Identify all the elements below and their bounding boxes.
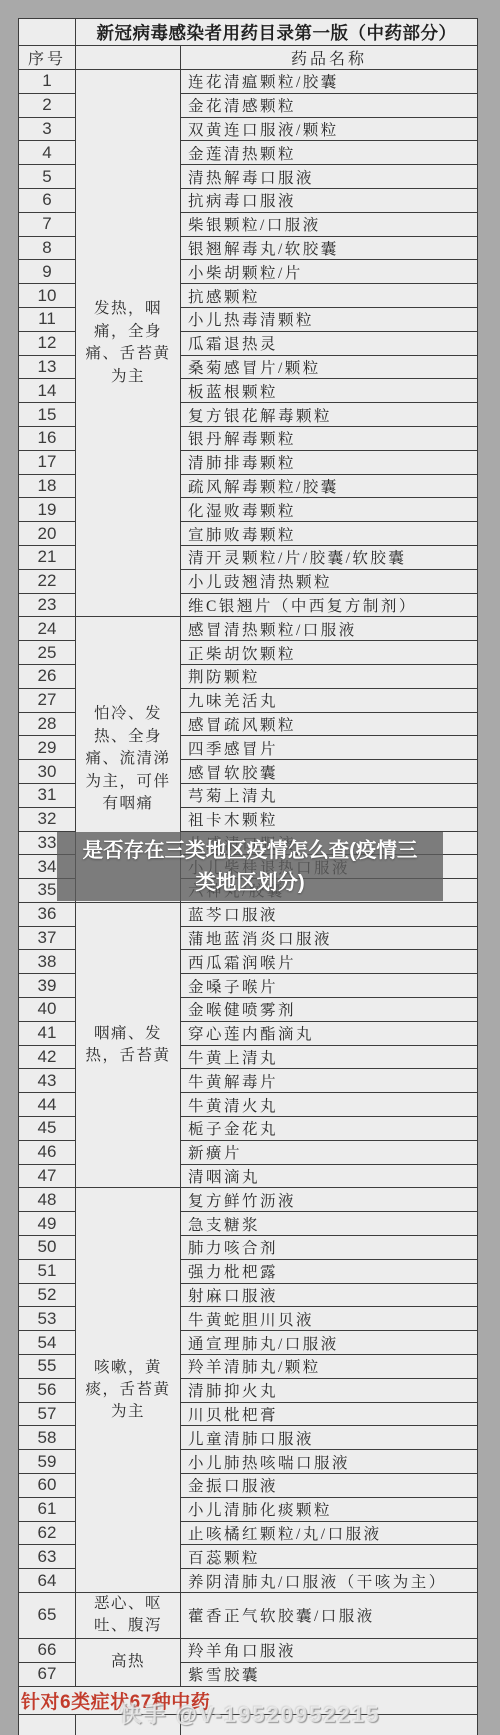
row-index: 41 <box>19 1021 76 1045</box>
drug-name-cell: 宣肺败毒颗粒 <box>181 522 478 546</box>
drug-name-cell: 双黄连口服液/颗粒 <box>181 117 478 141</box>
drug-name-cell: 桑菊感冒片/颗粒 <box>181 355 478 379</box>
drug-name-cell: 止咳橘红颗粒/丸/口服液 <box>181 1521 478 1545</box>
drug-name-cell: 羚羊清肺丸/颗粒 <box>181 1355 478 1379</box>
row-index: 51 <box>19 1259 76 1283</box>
row-index: 29 <box>19 736 76 760</box>
row-index: 5 <box>19 165 76 189</box>
drug-name-cell: 感冒清热颗粒/口服液 <box>181 617 478 641</box>
drug-name-cell: 急支糖浆 <box>181 1212 478 1236</box>
row-index: 55 <box>19 1355 76 1379</box>
drug-name-cell: 牛黄解毒片 <box>181 1069 478 1093</box>
table-row: 48咳嗽，黄痰，舌苔黄为主复方鲜竹沥液 <box>19 1188 478 1212</box>
row-index: 44 <box>19 1093 76 1117</box>
row-index: 21 <box>19 545 76 569</box>
table-title: 新冠病毒感染者用药目录第一版（中药部分） <box>76 19 478 46</box>
row-index: 7 <box>19 212 76 236</box>
column-header-category <box>76 46 181 70</box>
row-index: 38 <box>19 950 76 974</box>
drug-name-cell: 清热解毒口服液 <box>181 165 478 189</box>
drug-name-cell: 金喉健喷雾剂 <box>181 998 478 1022</box>
drug-name-cell: 射麻口服液 <box>181 1283 478 1307</box>
row-index: 22 <box>19 569 76 593</box>
row-index: 4 <box>19 141 76 165</box>
row-index: 54 <box>19 1331 76 1355</box>
row-index: 24 <box>19 617 76 641</box>
table-row: 36咽痛、发热，舌苔黄蓝芩口服液 <box>19 902 478 926</box>
column-header-drug: 药品名称 <box>181 46 478 70</box>
drug-name-cell: 金嗓子喉片 <box>181 974 478 998</box>
row-index: 56 <box>19 1378 76 1402</box>
table-title-row: 新冠病毒感染者用药目录第一版（中药部分） <box>19 19 478 46</box>
row-index: 18 <box>19 474 76 498</box>
row-index: 40 <box>19 998 76 1022</box>
row-index: 62 <box>19 1521 76 1545</box>
drug-name-cell: 芎菊上清丸 <box>181 783 478 807</box>
drug-name-cell: 复方银花解毒颗粒 <box>181 403 478 427</box>
row-index: 52 <box>19 1283 76 1307</box>
table-row: 24怕冷、发热、全身痛、流清涕为主，可伴有咽痛感冒清热颗粒/口服液 <box>19 617 478 641</box>
drug-name-cell: 穿心莲内酯滴丸 <box>181 1021 478 1045</box>
row-index: 67 <box>19 1662 76 1686</box>
row-index: 14 <box>19 379 76 403</box>
row-index: 3 <box>19 117 76 141</box>
drug-name-cell: 小儿清肺化痰颗粒 <box>181 1497 478 1521</box>
row-index: 46 <box>19 1140 76 1164</box>
drug-name-cell: 小儿肺热咳喘口服液 <box>181 1450 478 1474</box>
row-index: 20 <box>19 522 76 546</box>
row-index: 1 <box>19 70 76 94</box>
drug-name-cell: 紫雪胶囊 <box>181 1662 478 1686</box>
row-index: 50 <box>19 1236 76 1260</box>
drug-name-cell: 荆防颗粒 <box>181 664 478 688</box>
row-index: 16 <box>19 426 76 450</box>
drug-name-cell: 栀子金花丸 <box>181 1117 478 1141</box>
drug-name-cell: 强力枇杷露 <box>181 1259 478 1283</box>
row-index: 66 <box>19 1638 76 1662</box>
row-index: 10 <box>19 284 76 308</box>
row-index: 30 <box>19 760 76 784</box>
drug-name-cell: 牛黄蛇胆川贝液 <box>181 1307 478 1331</box>
row-index: 31 <box>19 783 76 807</box>
drug-name-cell: 清咽滴丸 <box>181 1164 478 1188</box>
drug-name-cell: 感冒疏风颗粒 <box>181 712 478 736</box>
row-index: 2 <box>19 93 76 117</box>
drug-name-cell: 清开灵颗粒/片/胶囊/软胶囊 <box>181 545 478 569</box>
row-index: 23 <box>19 593 76 617</box>
drug-name-cell: 藿香正气软胶囊/口服液 <box>181 1593 478 1639</box>
row-index: 42 <box>19 1045 76 1069</box>
row-index: 63 <box>19 1545 76 1569</box>
drug-name-cell: 养阴清肺丸/口服液（干咳为主） <box>181 1569 478 1593</box>
drug-name-cell: 银丹解毒颗粒 <box>181 426 478 450</box>
drug-name-cell: 川贝枇杷膏 <box>181 1402 478 1426</box>
table-header-row: 序号 药品名称 <box>19 46 478 70</box>
title-corner-cell <box>19 19 76 46</box>
drug-name-cell: 板蓝根颗粒 <box>181 379 478 403</box>
row-index: 49 <box>19 1212 76 1236</box>
row-index: 43 <box>19 1069 76 1093</box>
symptom-category-cell: 咽痛、发热，舌苔黄 <box>76 902 181 1188</box>
drug-name-cell: 四季感冒片 <box>181 736 478 760</box>
symptom-category-cell: 高热 <box>76 1638 181 1686</box>
symptom-category-cell: 恶心、呕吐、腹泻 <box>76 1593 181 1639</box>
drug-name-cell: 银翘解毒丸/软胶囊 <box>181 236 478 260</box>
row-index: 15 <box>19 403 76 427</box>
row-index: 25 <box>19 641 76 665</box>
drug-name-cell: 维C银翘片（中西复方制剂） <box>181 593 478 617</box>
row-index: 39 <box>19 974 76 998</box>
symptom-category-cell: 咳嗽，黄痰，舌苔黄为主 <box>76 1188 181 1593</box>
headline-overlay-line2: 类地区划分) <box>83 867 418 899</box>
drug-name-cell: 通宣理肺丸/口服液 <box>181 1331 478 1355</box>
drug-name-cell: 复方鲜竹沥液 <box>181 1188 478 1212</box>
row-index: 17 <box>19 450 76 474</box>
drug-name-cell: 疏风解毒颗粒/胶囊 <box>181 474 478 498</box>
drug-name-cell: 九味羌活丸 <box>181 688 478 712</box>
row-index: 47 <box>19 1164 76 1188</box>
drug-name-cell: 羚羊角口服液 <box>181 1638 478 1662</box>
drug-name-cell: 金莲清热颗粒 <box>181 141 478 165</box>
drug-name-cell: 牛黄清火丸 <box>181 1093 478 1117</box>
column-header-index: 序号 <box>19 46 76 70</box>
row-index: 32 <box>19 807 76 831</box>
row-index: 64 <box>19 1569 76 1593</box>
drug-name-cell: 感冒软胶囊 <box>181 760 478 784</box>
drug-name-cell: 肺力咳合剂 <box>181 1236 478 1260</box>
drug-name-cell: 小儿豉翘清热颗粒 <box>181 569 478 593</box>
row-index: 26 <box>19 664 76 688</box>
drug-name-cell: 小儿热毒清颗粒 <box>181 307 478 331</box>
row-index: 11 <box>19 307 76 331</box>
table-row: 65恶心、呕吐、腹泻藿香正气软胶囊/口服液 <box>19 1593 478 1639</box>
drug-name-cell: 抗感颗粒 <box>181 284 478 308</box>
drug-name-cell: 化湿败毒颗粒 <box>181 498 478 522</box>
row-index: 27 <box>19 688 76 712</box>
row-index: 53 <box>19 1307 76 1331</box>
drug-name-cell: 儿童清肺口服液 <box>181 1426 478 1450</box>
drug-name-cell: 金振口服液 <box>181 1474 478 1498</box>
drug-name-cell: 抗病毒口服液 <box>181 188 478 212</box>
row-index: 9 <box>19 260 76 284</box>
row-index: 59 <box>19 1450 76 1474</box>
row-index: 65 <box>19 1593 76 1639</box>
drug-name-cell: 蓝芩口服液 <box>181 902 478 926</box>
row-index: 12 <box>19 331 76 355</box>
drug-name-cell: 金花清感颗粒 <box>181 93 478 117</box>
headline-overlay-banner: 是否存在三类地区疫情怎么查(疫情三 类地区划分) <box>57 832 443 901</box>
drug-name-cell: 小柴胡颗粒/片 <box>181 260 478 284</box>
drug-name-cell: 祖卡木颗粒 <box>181 807 478 831</box>
symptom-category-cell: 发热，咽痛，全身痛、舌苔黄为主 <box>76 70 181 617</box>
row-index: 58 <box>19 1426 76 1450</box>
row-index: 13 <box>19 355 76 379</box>
drug-name-cell: 清肺抑火丸 <box>181 1378 478 1402</box>
drug-name-cell: 清肺排毒颗粒 <box>181 450 478 474</box>
row-index: 57 <box>19 1402 76 1426</box>
row-index: 61 <box>19 1497 76 1521</box>
watermark-text: 快手 @V-19520952215 <box>0 1698 500 1729</box>
row-index: 19 <box>19 498 76 522</box>
drug-name-cell: 百蕊颗粒 <box>181 1545 478 1569</box>
row-index: 60 <box>19 1474 76 1498</box>
document-page: 新冠病毒感染者用药目录第一版（中药部分） 序号 药品名称 1发热，咽痛，全身痛、… <box>0 0 500 1735</box>
headline-overlay-line1: 是否存在三类地区疫情怎么查(疫情三 <box>83 835 418 867</box>
drug-name-cell: 西瓜霜润喉片 <box>181 950 478 974</box>
table-row: 66高热羚羊角口服液 <box>19 1638 478 1662</box>
drug-name-cell: 柴银颗粒/口服液 <box>181 212 478 236</box>
row-index: 6 <box>19 188 76 212</box>
row-index: 37 <box>19 926 76 950</box>
drug-name-cell: 瓜霜退热灵 <box>181 331 478 355</box>
table-row: 1发热，咽痛，全身痛、舌苔黄为主连花清瘟颗粒/胶囊 <box>19 70 478 94</box>
row-index: 36 <box>19 902 76 926</box>
row-index: 28 <box>19 712 76 736</box>
drug-name-cell: 新癀片 <box>181 1140 478 1164</box>
drug-name-cell: 连花清瘟颗粒/胶囊 <box>181 70 478 94</box>
row-index: 45 <box>19 1117 76 1141</box>
drug-name-cell: 正柴胡饮颗粒 <box>181 641 478 665</box>
drug-name-cell: 牛黄上清丸 <box>181 1045 478 1069</box>
row-index: 8 <box>19 236 76 260</box>
drug-name-cell: 蒲地蓝消炎口服液 <box>181 926 478 950</box>
row-index: 48 <box>19 1188 76 1212</box>
